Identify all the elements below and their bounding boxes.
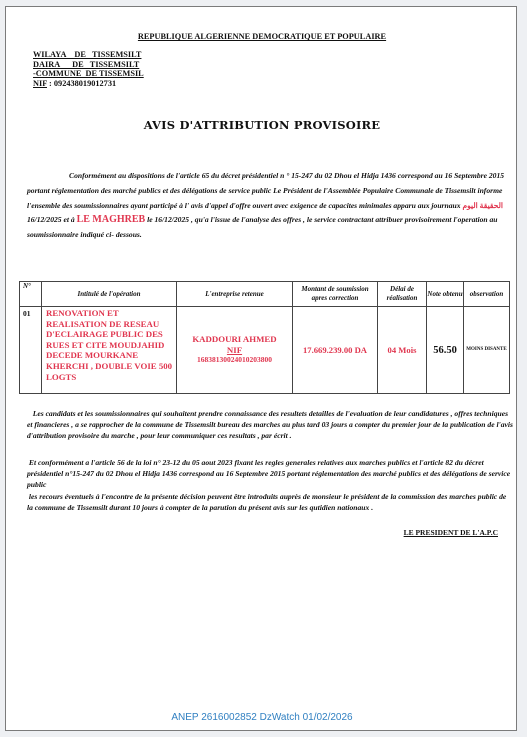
republic-heading: REPUBLIQUE ALGERIENNE DEMOCRATIQUE ET PO… (6, 32, 518, 41)
col-header-montant: Montant de soumission apres correction (293, 282, 378, 307)
table-row: 01 RENOVATION ET REALISATION DE RESEAU D… (20, 307, 510, 394)
cell-delai: 04 Mois (378, 307, 427, 394)
candidates-text: Les candidats et les soumissionnaires qu… (27, 409, 513, 440)
legal-basis-content: Et conformément a l'article 56 de la loi… (27, 458, 510, 489)
cell-entreprise: KADDOURI AHMED NIF 168381300240102038​00 (177, 307, 293, 394)
commune-line: -COMMUNE DE TISSEMSIL (33, 69, 144, 79)
administration-header: WILAYA DE TISSEMSILT DAIRA DE TISSEMSILT… (33, 50, 144, 88)
col-header-entreprise: L'entreprise retenue (177, 282, 293, 307)
entreprise-nif: 168381300240102038​00 (177, 355, 292, 366)
nif-label: NIF (33, 79, 47, 88)
document-title: AVIS D'ATTRIBUTION PROVISOIRE (6, 118, 518, 132)
col-header-observation: observation (464, 282, 510, 307)
col-header-note: Note obtenu (427, 282, 464, 307)
newspaper-le-maghreb: LE MAGHREB (77, 214, 146, 225)
col-header-delai: Délai de réalisation (378, 282, 427, 307)
signature-title: LE PRESIDENT DE L'A.P.C (404, 528, 498, 537)
nif-value: : 092438019012731 (47, 79, 116, 88)
recourse-paragraph: Et conformément a l'article 56 de la loi… (27, 457, 513, 513)
nif-line: NIF : 092438019012731 (33, 79, 144, 89)
attribution-table: N° Intitulé de l'opération L'entreprise … (19, 281, 510, 394)
intro-paragraph: Conformément au dispositions de l'articl… (27, 169, 511, 243)
entreprise-name: KADDOURI AHMED (177, 334, 292, 345)
cell-no: 01 (20, 307, 42, 394)
intro-text-2: 16/12/2025 et à (27, 215, 77, 224)
col-header-no: N° (20, 282, 42, 307)
newspaper-arabic: الحقيقة اليوم (462, 201, 503, 210)
footer-reference: ANEP 2616002852 DzWatch 01/02/2026 (6, 712, 518, 723)
daira-line: DAIRA DE TISSEMSILT (33, 60, 144, 70)
recourse-text: les recours éventuels à l'encontre de la… (27, 491, 513, 513)
candidates-paragraph: Les candidats et les soumissionnaires qu… (27, 408, 513, 442)
cell-note: 56.50 (427, 307, 464, 394)
cell-montant: 17.669.239.00 DA (293, 307, 378, 394)
wilaya-line: WILAYA DE TISSEMSILT (33, 50, 144, 60)
document-page: REPUBLIQUE ALGERIENNE DEMOCRATIQUE ET PO… (5, 6, 517, 731)
table-header-row: N° Intitulé de l'opération L'entreprise … (20, 282, 510, 307)
recourse-content: les recours éventuels à l'encontre de la… (27, 492, 506, 512)
cell-operation: RENOVATION ET REALISATION DE RESEAU D'EC… (42, 307, 177, 394)
col-header-operation: Intitulé de l'opération (42, 282, 177, 307)
cell-observation: MOINS DISANTE (464, 307, 510, 394)
legal-basis-text: Et conformément a l'article 56 de la loi… (27, 457, 513, 491)
intro-text-1: Conformément au dispositions de l'articl… (27, 171, 504, 210)
entreprise-nif-label: NIF (177, 345, 292, 356)
